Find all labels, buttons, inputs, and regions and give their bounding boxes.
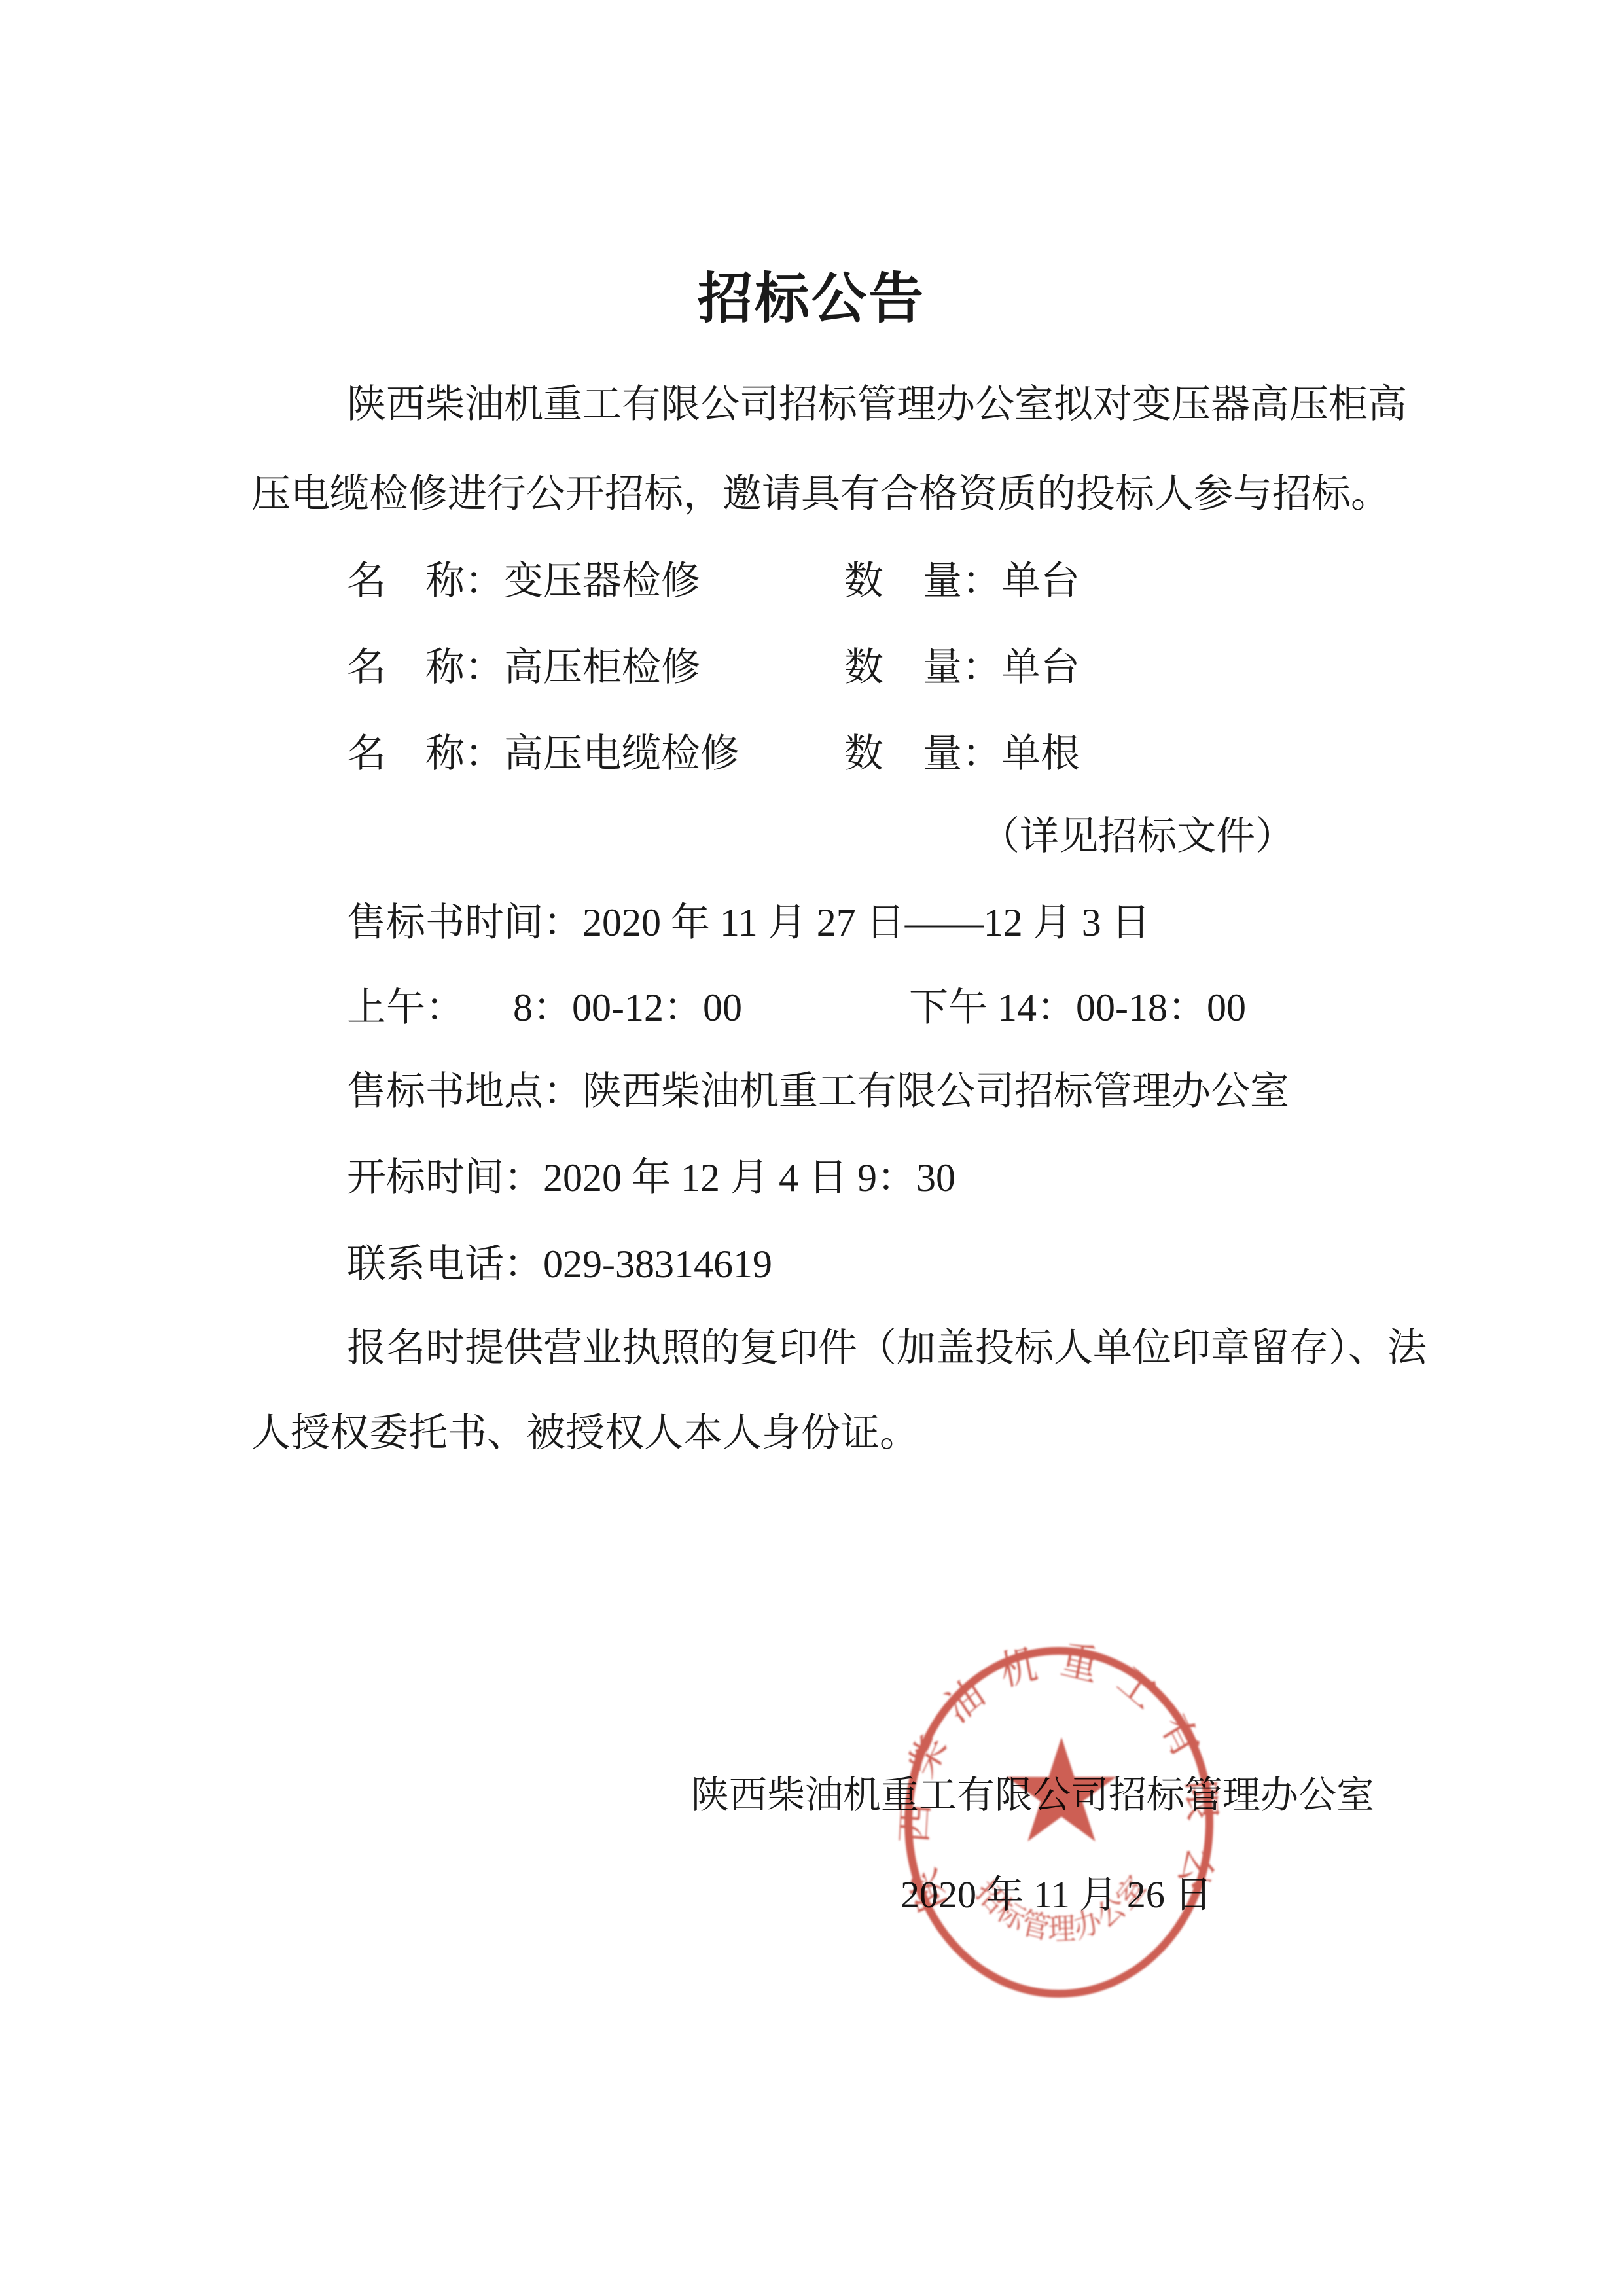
item-name: 变压器检修 [504,559,700,603]
open-time-label: 开标时间： [347,1156,543,1199]
sale-time-label: 售标书时间： [347,901,582,944]
phone-row: 联系电话：029-38314619 [347,1241,772,1287]
note-line-1: 报名时提供营业执照的复印件（加盖投标人单位印章留存）、法 [347,1325,1427,1371]
sale-place-value: 陕西柴油机重工有限公司招标管理办公室 [582,1070,1289,1113]
item-row: 名 称：高压柜检修 数 量：单台 [251,645,1469,690]
item-name-cell: 名 称：变压器检修 [347,558,700,604]
item-name-label: 名 称： [347,559,504,603]
sale-time-row: 售标书时间：2020 年 11 月 27 日——12 月 3 日 [347,900,1150,945]
note-line-2: 人授权委托书、被授权人本人身份证。 [251,1410,919,1456]
intro-line-2: 压电缆检修进行公开招标，邀请具有合格资质的投标人参与招标。 [251,471,1390,517]
sale-place-label: 售标书地点： [347,1070,582,1113]
morning-hours: 8：00-12：00 [513,985,742,1031]
sale-place-row: 售标书地点：陕西柴油机重工有限公司招标管理办公室 [347,1069,1289,1114]
svg-text:招标管理办公室: 招标管理办公室 [970,1869,1152,1947]
item-name: 高压柜检修 [504,646,700,689]
afternoon-hours: 下午 14：00-18：00 [909,985,1246,1031]
phone-value: 029-38314619 [543,1243,772,1286]
item-qty-cell: 数 量：单台 [844,645,1080,690]
sale-time-value: 2020 年 11 月 27 日——12 月 3 日 [582,901,1150,944]
item-name-label: 名 称： [347,646,504,689]
item-qty-cell: 数 量：单根 [844,731,1080,777]
item-row: 名 称：高压电缆检修 数 量：单根 [251,731,1469,777]
open-time-row: 开标时间：2020 年 12 月 4 日 9：30 [347,1155,955,1201]
see-docs-note: （详见招标文件） [980,813,1294,859]
stamp-star [1007,1737,1116,1841]
item-name-cell: 名 称：高压柜检修 [347,645,700,690]
item-name: 高压电缆检修 [504,732,740,775]
stamp-bottom-text: 招标管理办公室 [970,1869,1152,1947]
item-qty-label: 数 量： [844,559,1001,603]
open-time-value: 2020 年 12 月 4 日 9：30 [543,1156,955,1199]
item-name-label: 名 称： [347,732,504,775]
document-page: 招标公告 陕西柴油机重工有限公司招标管理办公室拟对变压器高压柜高 压电缆检修进行… [0,0,1623,2296]
hours-row: 上午： 8：00-12：00 下午 14：00-18：00 [251,985,1469,1031]
phone-label: 联系电话： [347,1243,543,1286]
page-title: 招标公告 [0,267,1623,332]
official-stamp: 陕西柴油机重工有限公司 招标管理办公室 [895,1633,1222,2012]
morning-label: 上午： [347,985,465,1031]
intro-line-1: 陕西柴油机重工有限公司招标管理办公室拟对变压器高压柜高 [347,381,1407,427]
stamp-graphics: 陕西柴油机重工有限公司 招标管理办公室 [895,1636,1222,1994]
item-row: 名 称：变压器检修 数 量：单台 [251,558,1469,604]
item-qty-label: 数 量： [844,732,1001,775]
item-qty: 单台 [1001,646,1080,689]
item-qty-cell: 数 量：单台 [844,558,1080,604]
item-qty-label: 数 量： [844,646,1001,689]
item-name-cell: 名 称：高压电缆检修 [347,731,740,777]
item-qty: 单台 [1001,559,1080,603]
item-qty: 单根 [1001,732,1080,775]
